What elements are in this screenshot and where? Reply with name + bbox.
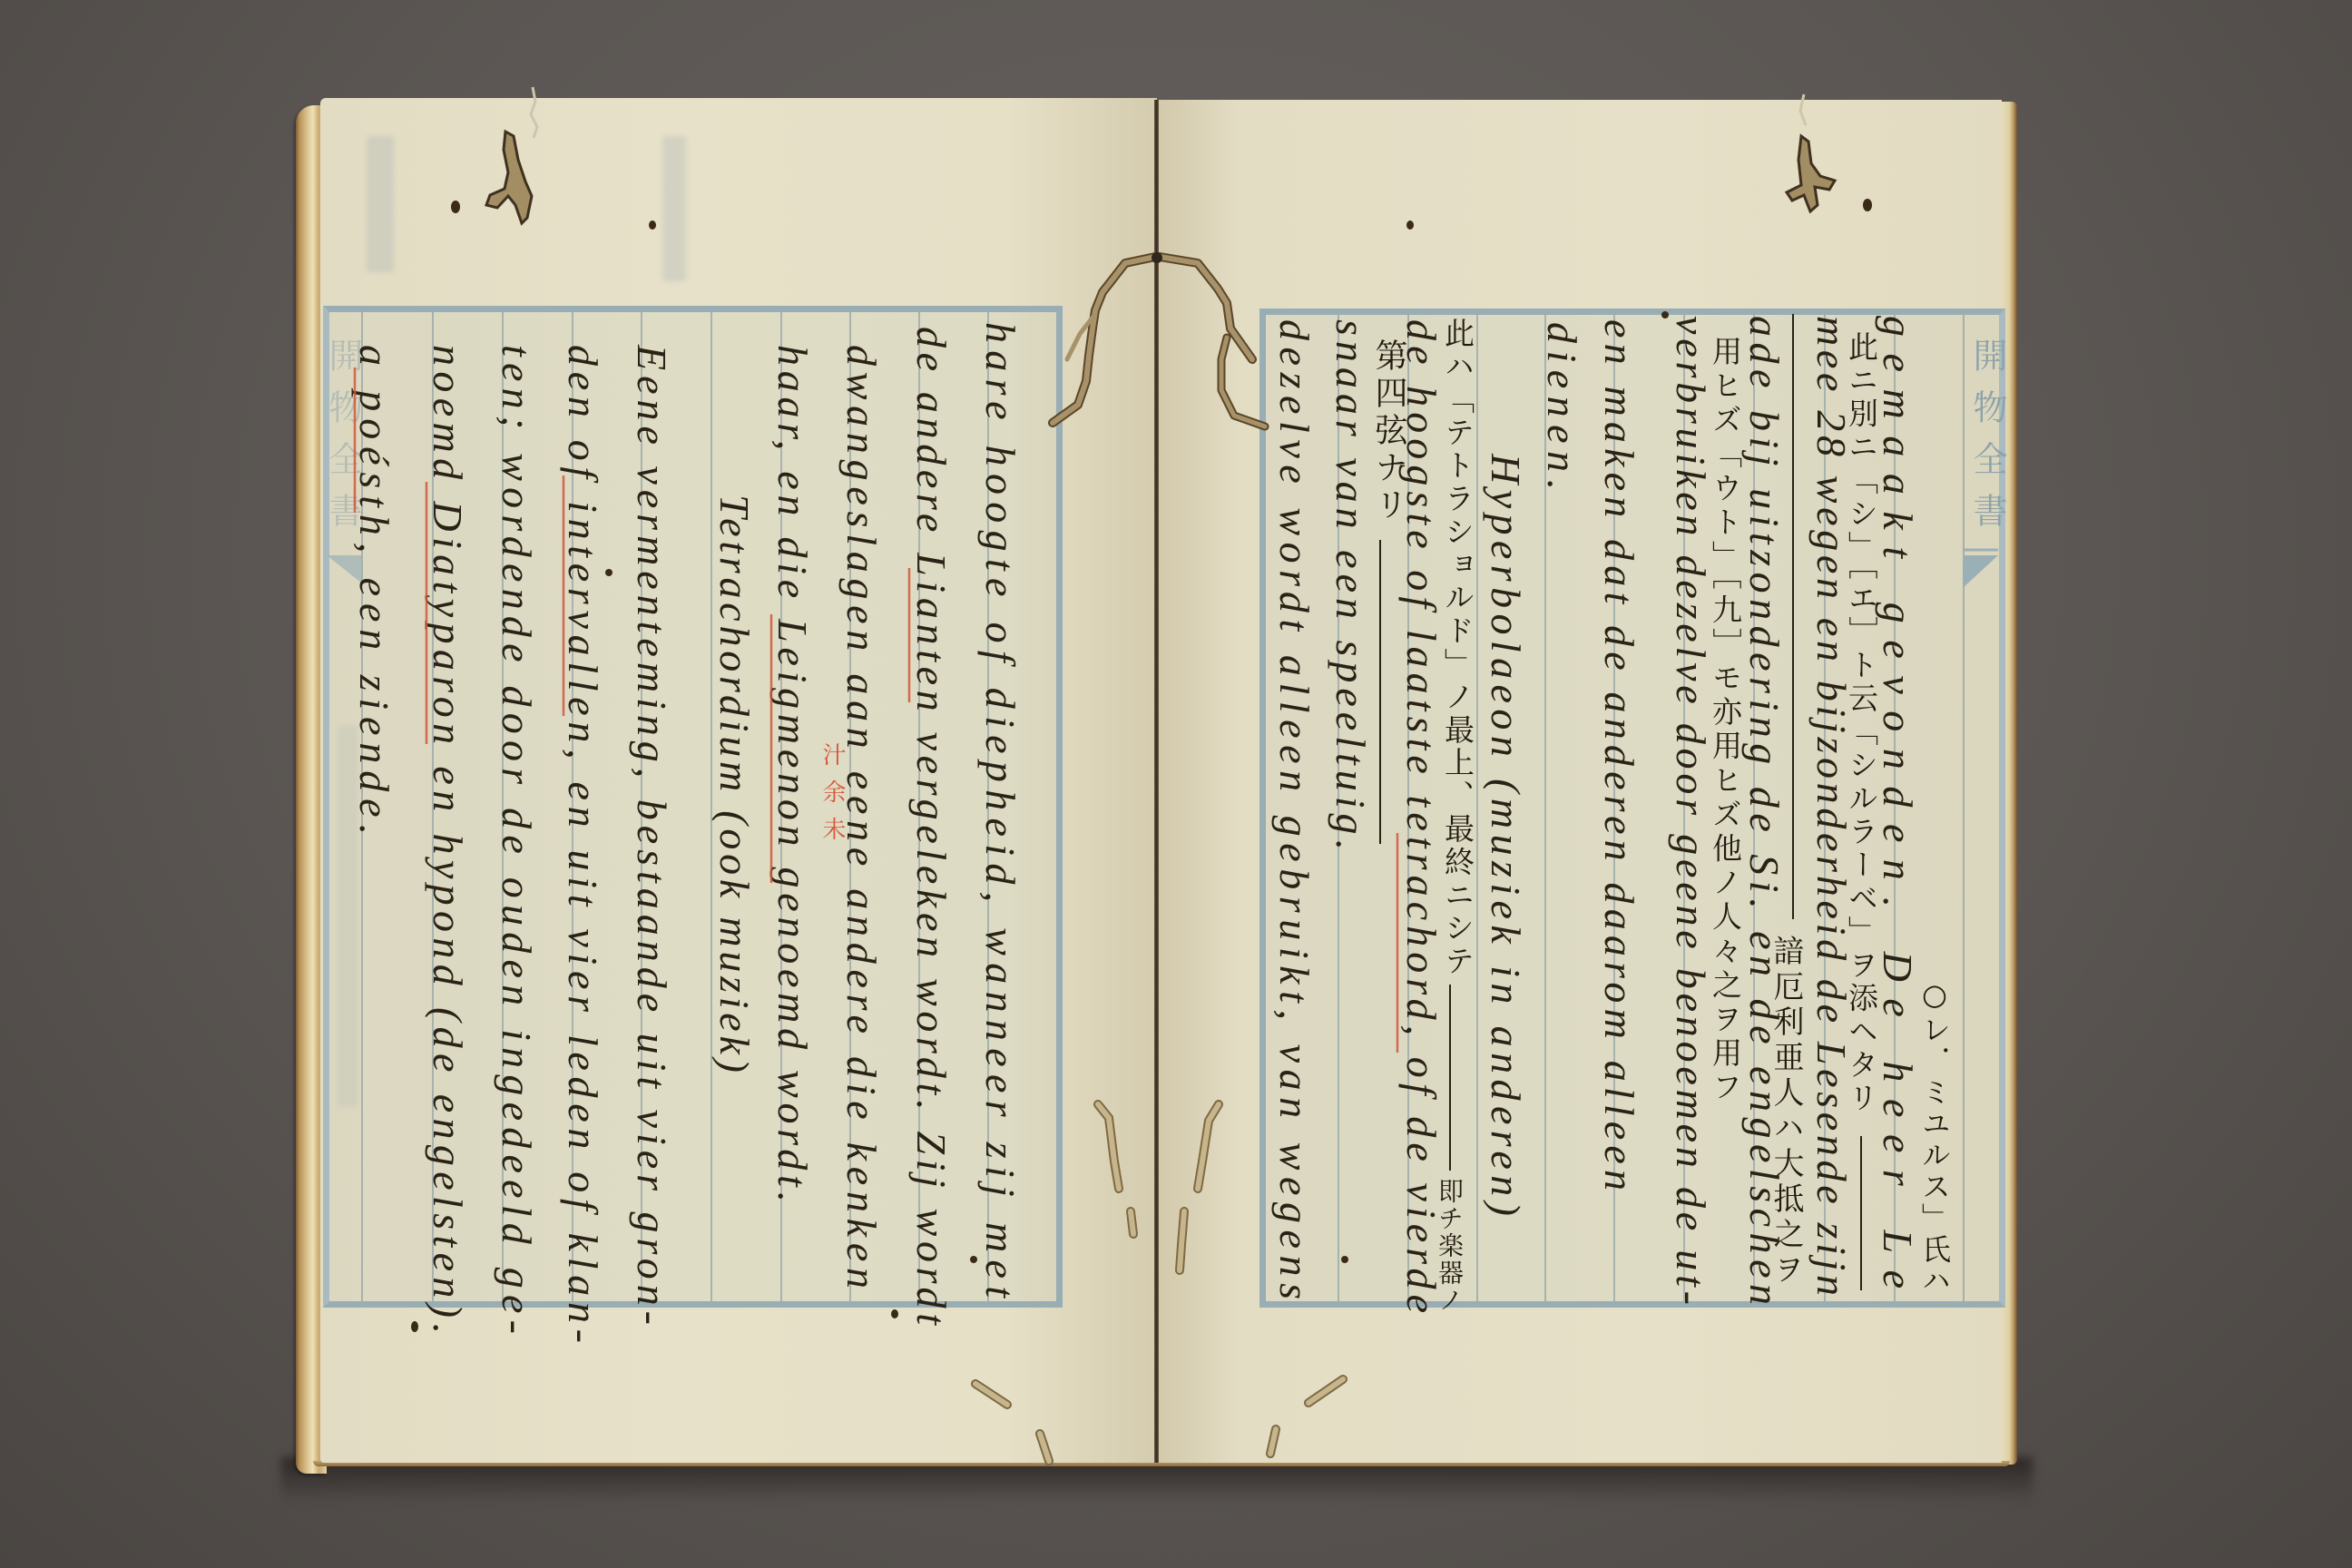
dutch-heading-line: Hyperbolaeon (muziek in anderen) [1483,453,1529,1216]
dutch-line: mee 28 wegen en bijzonderheid de Lesende… [1808,316,1855,1296]
dutch-line: ade bij uitzondering de Si. en de engels… [1741,316,1788,1305]
dutch-line: snaar van een speeltuig. [1328,319,1374,850]
dutch-line: dezelve wordt alleen gebruikt, van wegen… [1271,319,1318,1299]
dutch-line: dienen. [1539,322,1585,490]
dutch-line: de andere Lianten vergeleken wordt. Zij … [908,327,955,1326]
dutch-line: hare hoogte of diepheid, wanneer zij met [977,322,1024,1298]
paper-crack [1800,94,1806,125]
binding-hole-tear [486,132,532,223]
dutch-line: en maken dat de anderen daarom alleen [1596,319,1642,1191]
dutch-line: dwangeslagen aan eene andere die kenken [838,345,885,1289]
dutch-line: den of intervallen, en uit vier leden of… [560,345,606,1343]
paper-crack [531,87,537,138]
binding-thread [1053,252,1265,426]
dutch-line: noemd Diatyparon en hypond (de engelsten… [425,345,471,1334]
dutch-line: ten; wordende door de ouden ingedeeld ge… [494,345,540,1334]
ink-and-damage-overlay: hare hoogte of diepheid, wanneer zij met… [0,0,2352,1568]
photo-scene: 開物全書 開物全書 ○レ．ミユルス」氏ハ 此ニ別ニ「シ」［エ］ト云「シルラーベ」… [0,0,2352,1568]
dutch-line: haar, en die Leigmenon genoemd wordt. [769,345,816,1202]
dutch-line: a poésth, een ziende. [351,345,397,835]
dutch-line: de hoogste of laatste tetrachord, of de … [1398,319,1445,1313]
dutch-line: gemaakt gevonden. De heer Le [1875,316,1921,1289]
dutch-line: Eene vermenteming, bestaande uit vier gr… [629,344,675,1325]
dutch-line: verbruiken dezelve door geene benoemen d… [1668,316,1714,1305]
right-fishtail-mark [1963,555,1998,588]
dutch-heading-line: Tetrachordium (ook muziek) [711,495,758,1073]
binding-hole-tear [1787,136,1835,211]
